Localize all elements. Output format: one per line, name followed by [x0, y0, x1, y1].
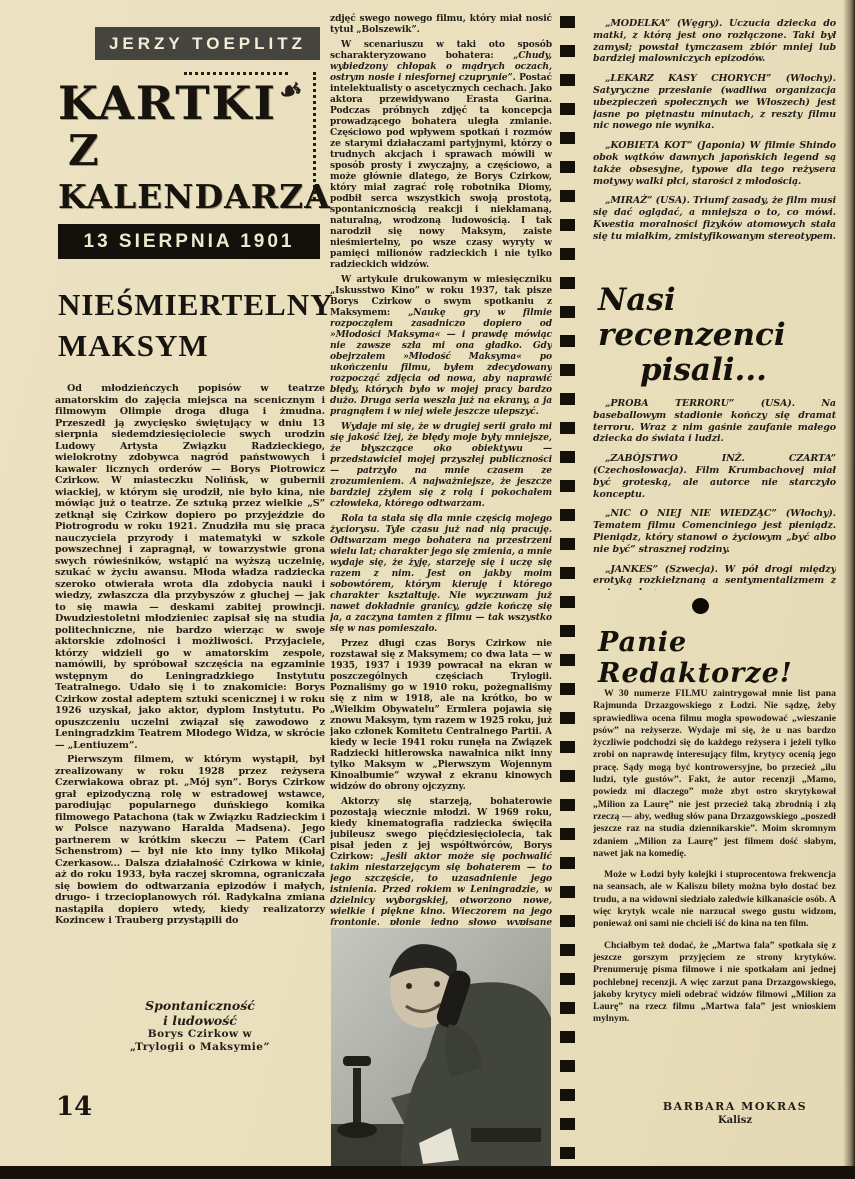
photo-borys-czirkow-telephone — [331, 928, 551, 1166]
review-item: „MIRAŻ” (USA). Triumf zasady, że film mu… — [593, 195, 836, 242]
article-body-left-column: Od młodzieńczych popisów w teatrze amato… — [55, 383, 325, 957]
reviews-section-bottom: „PRÓBA TERRORU” (USA). Na baseballowym s… — [593, 398, 836, 590]
series-masthead: ☙ KARTKI Z KALENDARZA — [58, 68, 320, 218]
caption-line: Borys Czirkow w — [78, 1028, 322, 1041]
series-title-line1: KARTKI — [58, 80, 277, 126]
section-divider-dot — [692, 598, 709, 614]
reviews-header-line1: Nasi — [598, 282, 676, 318]
date-banner: 13 SIERPNIA 1901 — [58, 224, 320, 259]
reader-letter: W 30 numerze FILMU zaintrygował mnie lis… — [593, 688, 836, 1090]
paragraph: W artykule drukowanym w miesięczniku „Is… — [330, 274, 552, 417]
reviews-header: Nasi recenzenci pisali... — [598, 283, 838, 388]
letter-paragraph: W 30 numerze FILMU zaintrygował mnie lis… — [593, 688, 836, 860]
review-item: „ZABÓJSTWO INŻ. CZARTA” (Czechosłowacja)… — [593, 453, 836, 500]
letters-header: Panie Redaktorze! — [598, 627, 838, 689]
review-item: „LEKARZ KASY CHORYCH” (Włochy). Satyrycz… — [593, 73, 836, 132]
signature-city: Kalisz — [635, 1115, 835, 1126]
photo-illustration — [331, 928, 551, 1166]
magazine-page: JERZY TOEPLITZ ☙ KARTKI Z KALENDARZA 13 … — [0, 0, 855, 1179]
paragraph: Od młodzieńczych popisów w teatrze amato… — [55, 383, 325, 751]
letter-signature: BARBARA MOKRAS Kalisz — [635, 1100, 835, 1126]
signature-name: BARBARA MOKRAS — [635, 1100, 835, 1113]
caption-line: i ludowość — [78, 1013, 322, 1028]
series-title-line3: KALENDARZA — [58, 180, 331, 213]
paragraph: Przez długi czas Borys Czirkow nie rozst… — [330, 638, 552, 792]
reviews-header-line2: recenzenci — [598, 317, 786, 353]
reviews-header-line3: pisali... — [640, 353, 838, 388]
paragraph: zdjęć swego nowego filmu, który miał nos… — [330, 13, 552, 35]
author-byline: JERZY TOEPLITZ — [95, 27, 320, 60]
letter-paragraph: Może w Łodzi były kolejki i stuprocentow… — [593, 869, 836, 930]
caption-line: „Trylogii o Maksymie” — [78, 1041, 322, 1054]
paragraph: Aktorzy się starzeją, bohaterowie pozost… — [330, 796, 552, 925]
letter-paragraph: Chciałbym też dodać, że „Martwa fala” sp… — [593, 940, 836, 1026]
caption-line: Spontaniczność — [78, 998, 322, 1013]
article-title: NIEŚMIERTELNY MAKSYM — [58, 284, 330, 366]
article-title-line2: MAKSYM — [58, 328, 209, 363]
review-item: „MODELKA” (Węgry). Uczucia dziecka do ma… — [593, 18, 836, 65]
scan-edge-right — [843, 0, 855, 1179]
article-title-line1: NIEŚMIERTELNY — [58, 287, 333, 322]
reviews-section-top: „MODELKA” (Węgry). Uczucia dziecka do ma… — [593, 18, 836, 280]
filmstrip-divider — [560, 16, 575, 1166]
review-item: „NIC O NIEJ NIE WIEDZĄC” (Włochy). Temat… — [593, 508, 836, 555]
paragraph: W scenariuszu w taki oto sposób scharakt… — [330, 39, 552, 270]
photo-caption: Spontaniczność i ludowość Borys Czirkow … — [78, 998, 322, 1053]
series-title-line2: Z — [68, 130, 101, 172]
review-item: „KOBIETA KOT” (Japonia) W filmie Shindo … — [593, 140, 836, 187]
review-item: „JANKES” (Szwecja). W pół drogi między e… — [593, 564, 836, 590]
flourish-ornament-icon: ☙ — [275, 73, 305, 108]
scan-edge-bottom — [0, 1166, 855, 1179]
dotted-ornament-line — [184, 72, 288, 75]
paragraph-quote: Wydaje mi się, że w drugiej serii grało … — [330, 421, 552, 509]
article-body-middle-column: zdjęć swego nowego filmu, który miał nos… — [330, 13, 552, 925]
review-item: „PRÓBA TERRORU” (USA). Na baseballowym s… — [593, 398, 836, 445]
page-number: 14 — [56, 1092, 92, 1122]
paragraph: Pierwszym filmem, w którym wystąpił, był… — [55, 754, 325, 927]
paragraph-quote: Rola ta stała się dla mnie częścią mojeg… — [330, 513, 552, 634]
